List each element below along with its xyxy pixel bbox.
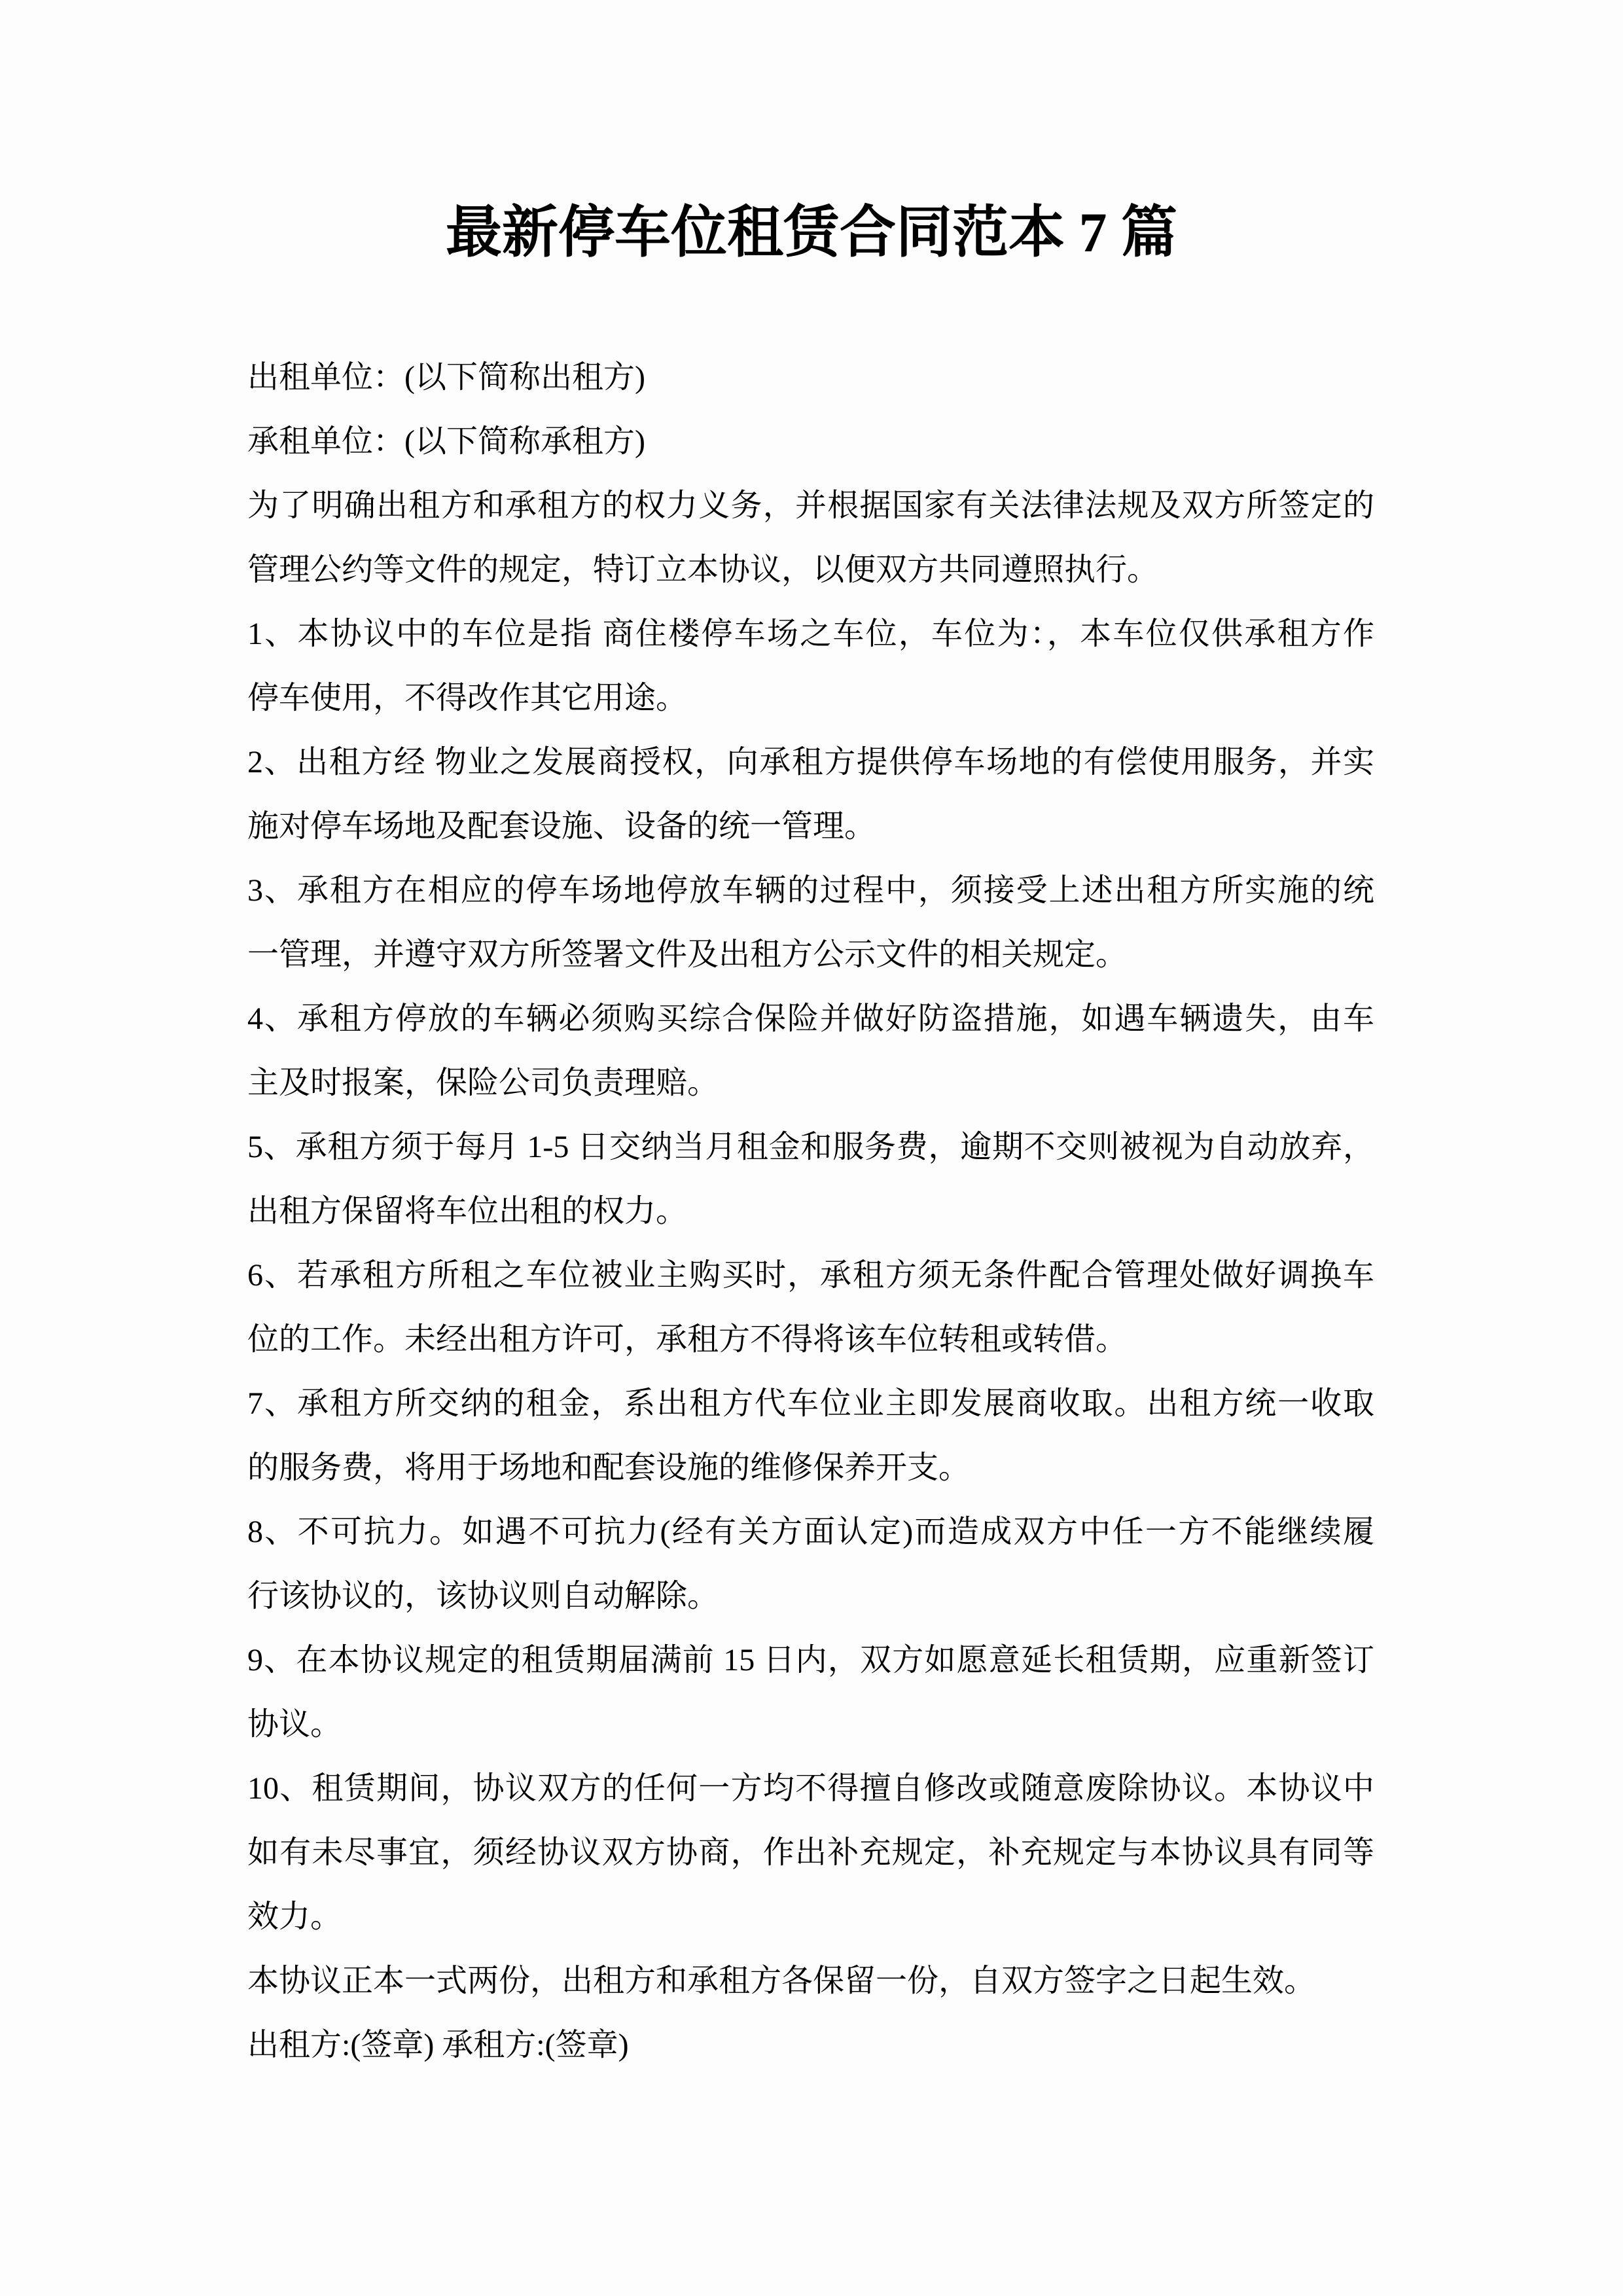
text-line: 承租单位：(以下简称承租方) — [247, 410, 1374, 474]
text-line: 5、承租方须于每月 1-5 日交纳当月租金和服务费，逾期不交则被视为自动放弃， — [247, 1115, 1374, 1179]
text-line: 施对停车场地及配套设施、设备的统一管理。 — [247, 795, 1374, 859]
text-line: 一管理，并遵守双方所签署文件及出租方公示文件的相关规定。 — [247, 923, 1374, 987]
text-line: 3、承租方在相应的停车场地停放车辆的过程中，须接受上述出租方所实施的统 — [247, 859, 1374, 923]
text-line: 10、租赁期间，协议双方的任何一方均不得擅自修改或随意废除协议。本协议中 — [247, 1757, 1374, 1821]
text-line: 如有未尽事宜，须经协议双方协商，作出补充规定，补充规定与本协议具有同等 — [247, 1821, 1374, 1885]
text-line: 停车使用，不得改作其它用途。 — [247, 666, 1374, 730]
text-line: 7、承租方所交纳的租金，系出租方代车位业主即发展商收取。出租方统一收取 — [247, 1372, 1374, 1436]
text-line: 出租方:(签章) 承租方:(签章) — [247, 2013, 1374, 2077]
text-line: 1、本协议中的车位是指 商住楼停车场之车位，车位为：，本车位仅供承租方作 — [247, 602, 1374, 666]
text-line: 协议。 — [247, 1693, 1374, 1757]
text-line: 主及时报案，保险公司负责理赔。 — [247, 1051, 1374, 1115]
text-line: 4、承租方停放的车辆必须购买综合保险并做好防盗措施，如遇车辆遗失，由车 — [247, 987, 1374, 1051]
text-line: 出租方保留将车位出租的权力。 — [247, 1179, 1374, 1244]
document-title: 最新停车位租赁合同范本 7 篇 — [0, 196, 1623, 268]
text-line: 位的工作。未经出租方许可，承租方不得将该车位转租或转借。 — [247, 1308, 1374, 1372]
text-line: 出租单位：(以下简称出租方) — [247, 346, 1374, 410]
document-page: 最新停车位租赁合同范本 7 篇 出租单位：(以下简称出租方)承租单位：(以下简称… — [0, 0, 1623, 2296]
text-line: 6、若承租方所租之车位被业主购买时，承租方须无条件配合管理处做好调换车 — [247, 1244, 1374, 1308]
text-line: 本协议正本一式两份，出租方和承租方各保留一份，自双方签字之日起生效。 — [247, 1949, 1374, 2013]
text-line: 效力。 — [247, 1885, 1374, 1949]
text-line: 的服务费，将用于场地和配套设施的维修保养开支。 — [247, 1436, 1374, 1500]
text-line: 8、不可抗力。如遇不可抗力(经有关方面认定)而造成双方中任一方不能继续履 — [247, 1500, 1374, 1564]
document-body: 出租单位：(以下简称出租方)承租单位：(以下简称承租方)为了明确出租方和承租方的… — [247, 346, 1374, 2077]
text-line: 行该协议的，该协议则自动解除。 — [247, 1564, 1374, 1628]
text-line: 管理公约等文件的规定，特订立本协议，以便双方共同遵照执行。 — [247, 538, 1374, 602]
text-line: 9、在本协议规定的租赁期届满前 15 日内，双方如愿意延长租赁期，应重新签订 — [247, 1628, 1374, 1693]
text-line: 2、出租方经 物业之发展商授权，向承租方提供停车场地的有偿使用服务，并实 — [247, 730, 1374, 795]
text-line: 为了明确出租方和承租方的权力义务，并根据国家有关法律法规及双方所签定的 — [247, 474, 1374, 538]
